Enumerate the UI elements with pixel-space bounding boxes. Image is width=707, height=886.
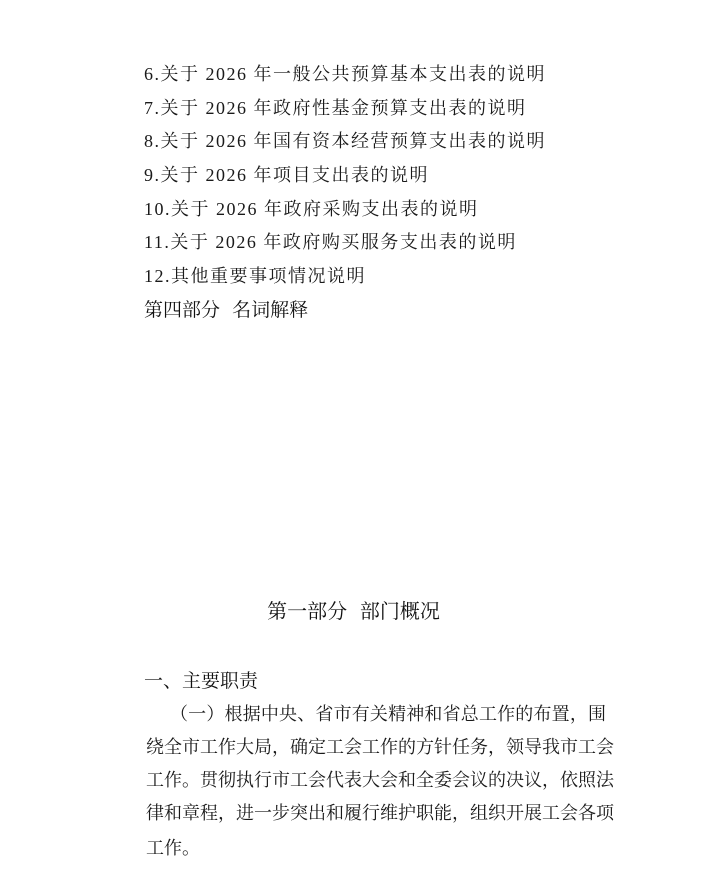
- paragraph-line: 律和章程，进一步突出和履行维护职能，组织开展工会各项: [146, 801, 606, 827]
- toc-item-8: 8.关于 2026 年国有资本经营预算支出表的说明: [144, 129, 546, 153]
- document-page: 6.关于 2026 年一般公共预算基本支出表的说明 7.关于 2026 年政府性…: [0, 0, 707, 886]
- paragraph-line: 工作。: [146, 836, 200, 862]
- toc-item-6: 6.关于 2026 年一般公共预算基本支出表的说明: [144, 62, 546, 86]
- toc-item-12: 12.其他重要事项情况说明: [144, 264, 366, 288]
- toc-item-11: 11.关于 2026 年政府购买服务支出表的说明: [144, 230, 517, 254]
- toc-item-10: 10.关于 2026 年政府采购支出表的说明: [144, 197, 479, 221]
- toc-item-7: 7.关于 2026 年政府性基金预算支出表的说明: [144, 96, 527, 120]
- paragraph-line: 绕全市工作大局，确定工会工作的方针任务，领导我市工会: [146, 735, 606, 761]
- toc-item-9: 9.关于 2026 年项目支出表的说明: [144, 163, 429, 187]
- paragraph-line: （一）根据中央、省市有关精神和省总工作的布置，围: [170, 702, 606, 728]
- part-one-title: 第一部分 部门概况: [0, 597, 707, 625]
- toc-part-four-heading: 第四部分 名词解释: [144, 297, 308, 323]
- section-heading-main-duties: 一、主要职责: [144, 668, 258, 694]
- paragraph-line: 工作。贯彻执行市工会代表大会和全委会议的决议，依照法: [146, 768, 606, 794]
